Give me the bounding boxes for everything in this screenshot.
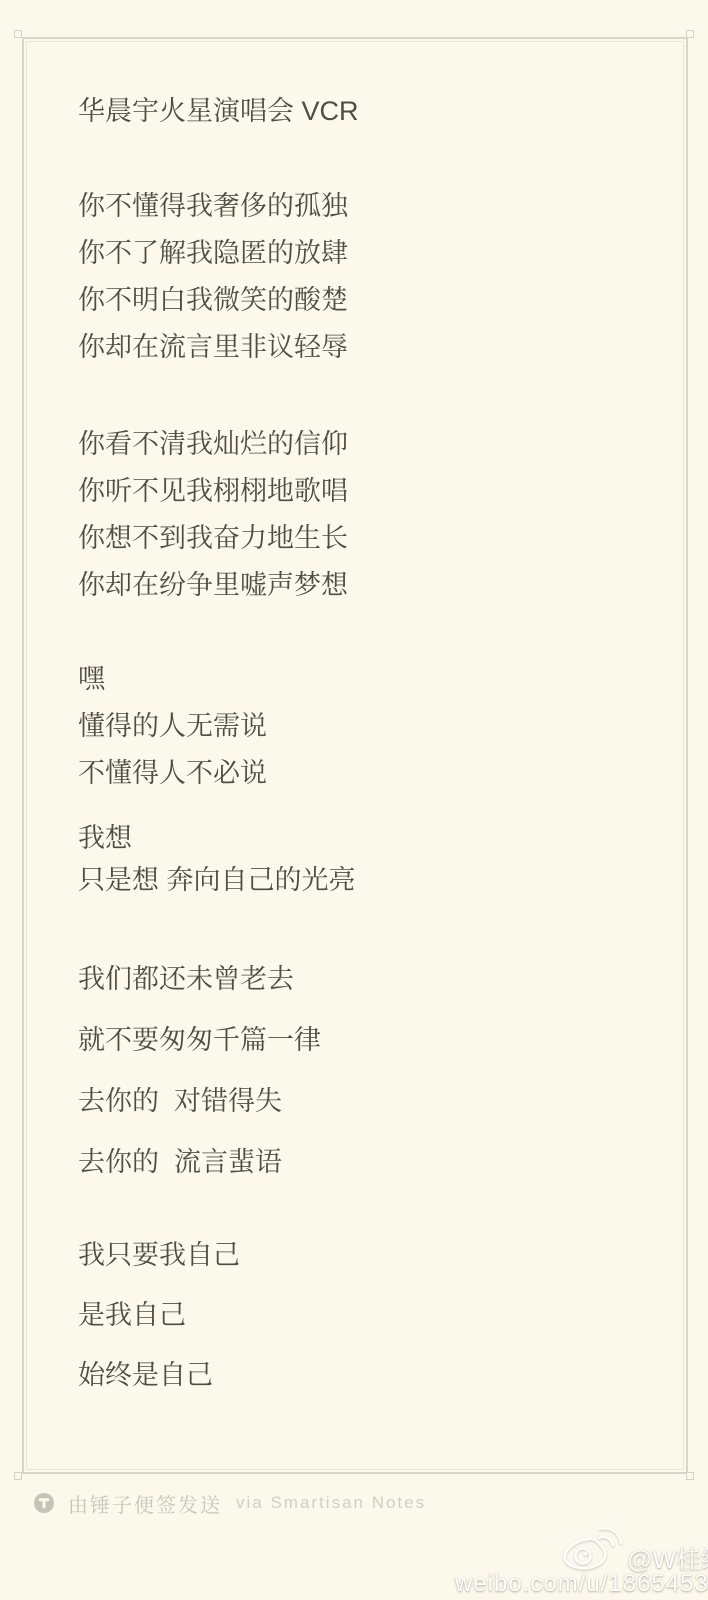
footer-sent-label-zh: 由锤子便签发送 — [68, 1489, 222, 1518]
note-line: 你却在纷争里嘘声梦想 — [78, 562, 658, 609]
smartisan-note-page: 华晨宇火星演唱会 VCR你不懂得我奢侈的孤独你不了解我隐匿的放肆你不明白我微笑的… — [0, 0, 708, 1600]
frame-corner-ornament — [686, 1472, 694, 1480]
footer-sent-label-en: via Smartisan Notes — [236, 1493, 426, 1513]
frame-corner-ornament — [686, 30, 694, 38]
note-line: 是我自己 — [78, 1285, 658, 1345]
note-line: 我只要我自己 — [78, 1225, 658, 1285]
note-line: 你看不清我灿烂的信仰 — [78, 421, 658, 468]
note-line: 你不明白我微笑的酸楚 — [78, 277, 658, 324]
frame-corner-ornament — [14, 1472, 22, 1480]
note-line: 只是想 奔向自己的光亮 — [78, 859, 658, 901]
note-line: 去你的 对错得失 — [78, 1071, 658, 1132]
note-line: 华晨宇火星演唱会 VCR — [78, 88, 658, 135]
stanza-s1: 你不懂得我奢侈的孤独你不了解我隐匿的放肆你不明白我微笑的酸楚你却在流言里非议轻辱 — [78, 183, 658, 371]
weibo-icon — [558, 1524, 626, 1574]
note-line: 我想 — [78, 817, 658, 859]
stanza-title: 华晨宇火星演唱会 VCR — [78, 88, 658, 135]
note-line: 去你的 流言蜚语 — [78, 1132, 658, 1193]
note-line: 始终是自己 — [78, 1345, 658, 1405]
note-line: 你想不到我奋力地生长 — [78, 515, 658, 562]
stanza-s3: 嘿懂得的人无需说不懂得人不必说 — [78, 656, 658, 797]
stanza-s4: 我想只是想 奔向自己的光亮 — [78, 817, 658, 901]
note-line: 不懂得人不必说 — [78, 750, 658, 797]
frame-corner-ornament — [14, 30, 22, 38]
note-line: 嘿 — [78, 656, 658, 703]
footer: 由锤子便签发送 via Smartisan Notes — [34, 1491, 426, 1515]
watermark-url: weibo.com/u/1865453581 — [455, 1570, 708, 1598]
note-line: 我们都还未曾老去 — [78, 949, 658, 1010]
note-line: 你听不见我栩栩地歌唱 — [78, 468, 658, 515]
stanza-s5: 我们都还未曾老去就不要匆匆千篇一律去你的 对错得失去你的 流言蜚语 — [78, 949, 658, 1193]
stanza-s2: 你看不清我灿烂的信仰你听不见我栩栩地歌唱你想不到我奋力地生长你却在纷争里嘘声梦想 — [78, 421, 658, 609]
note-body: 华晨宇火星演唱会 VCR你不懂得我奢侈的孤独你不了解我隐匿的放肆你不明白我微笑的… — [78, 0, 658, 1405]
smartisan-hammer-icon — [34, 1493, 54, 1513]
note-line: 懂得的人无需说 — [78, 703, 658, 750]
note-line: 你不懂得我奢侈的孤独 — [78, 183, 658, 230]
note-line: 就不要匆匆千篇一律 — [78, 1010, 658, 1071]
note-line: 你却在流言里非议轻辱 — [78, 324, 658, 371]
stanza-s6: 我只要我自己是我自己始终是自己 — [78, 1225, 658, 1405]
note-line: 你不了解我隐匿的放肆 — [78, 230, 658, 277]
